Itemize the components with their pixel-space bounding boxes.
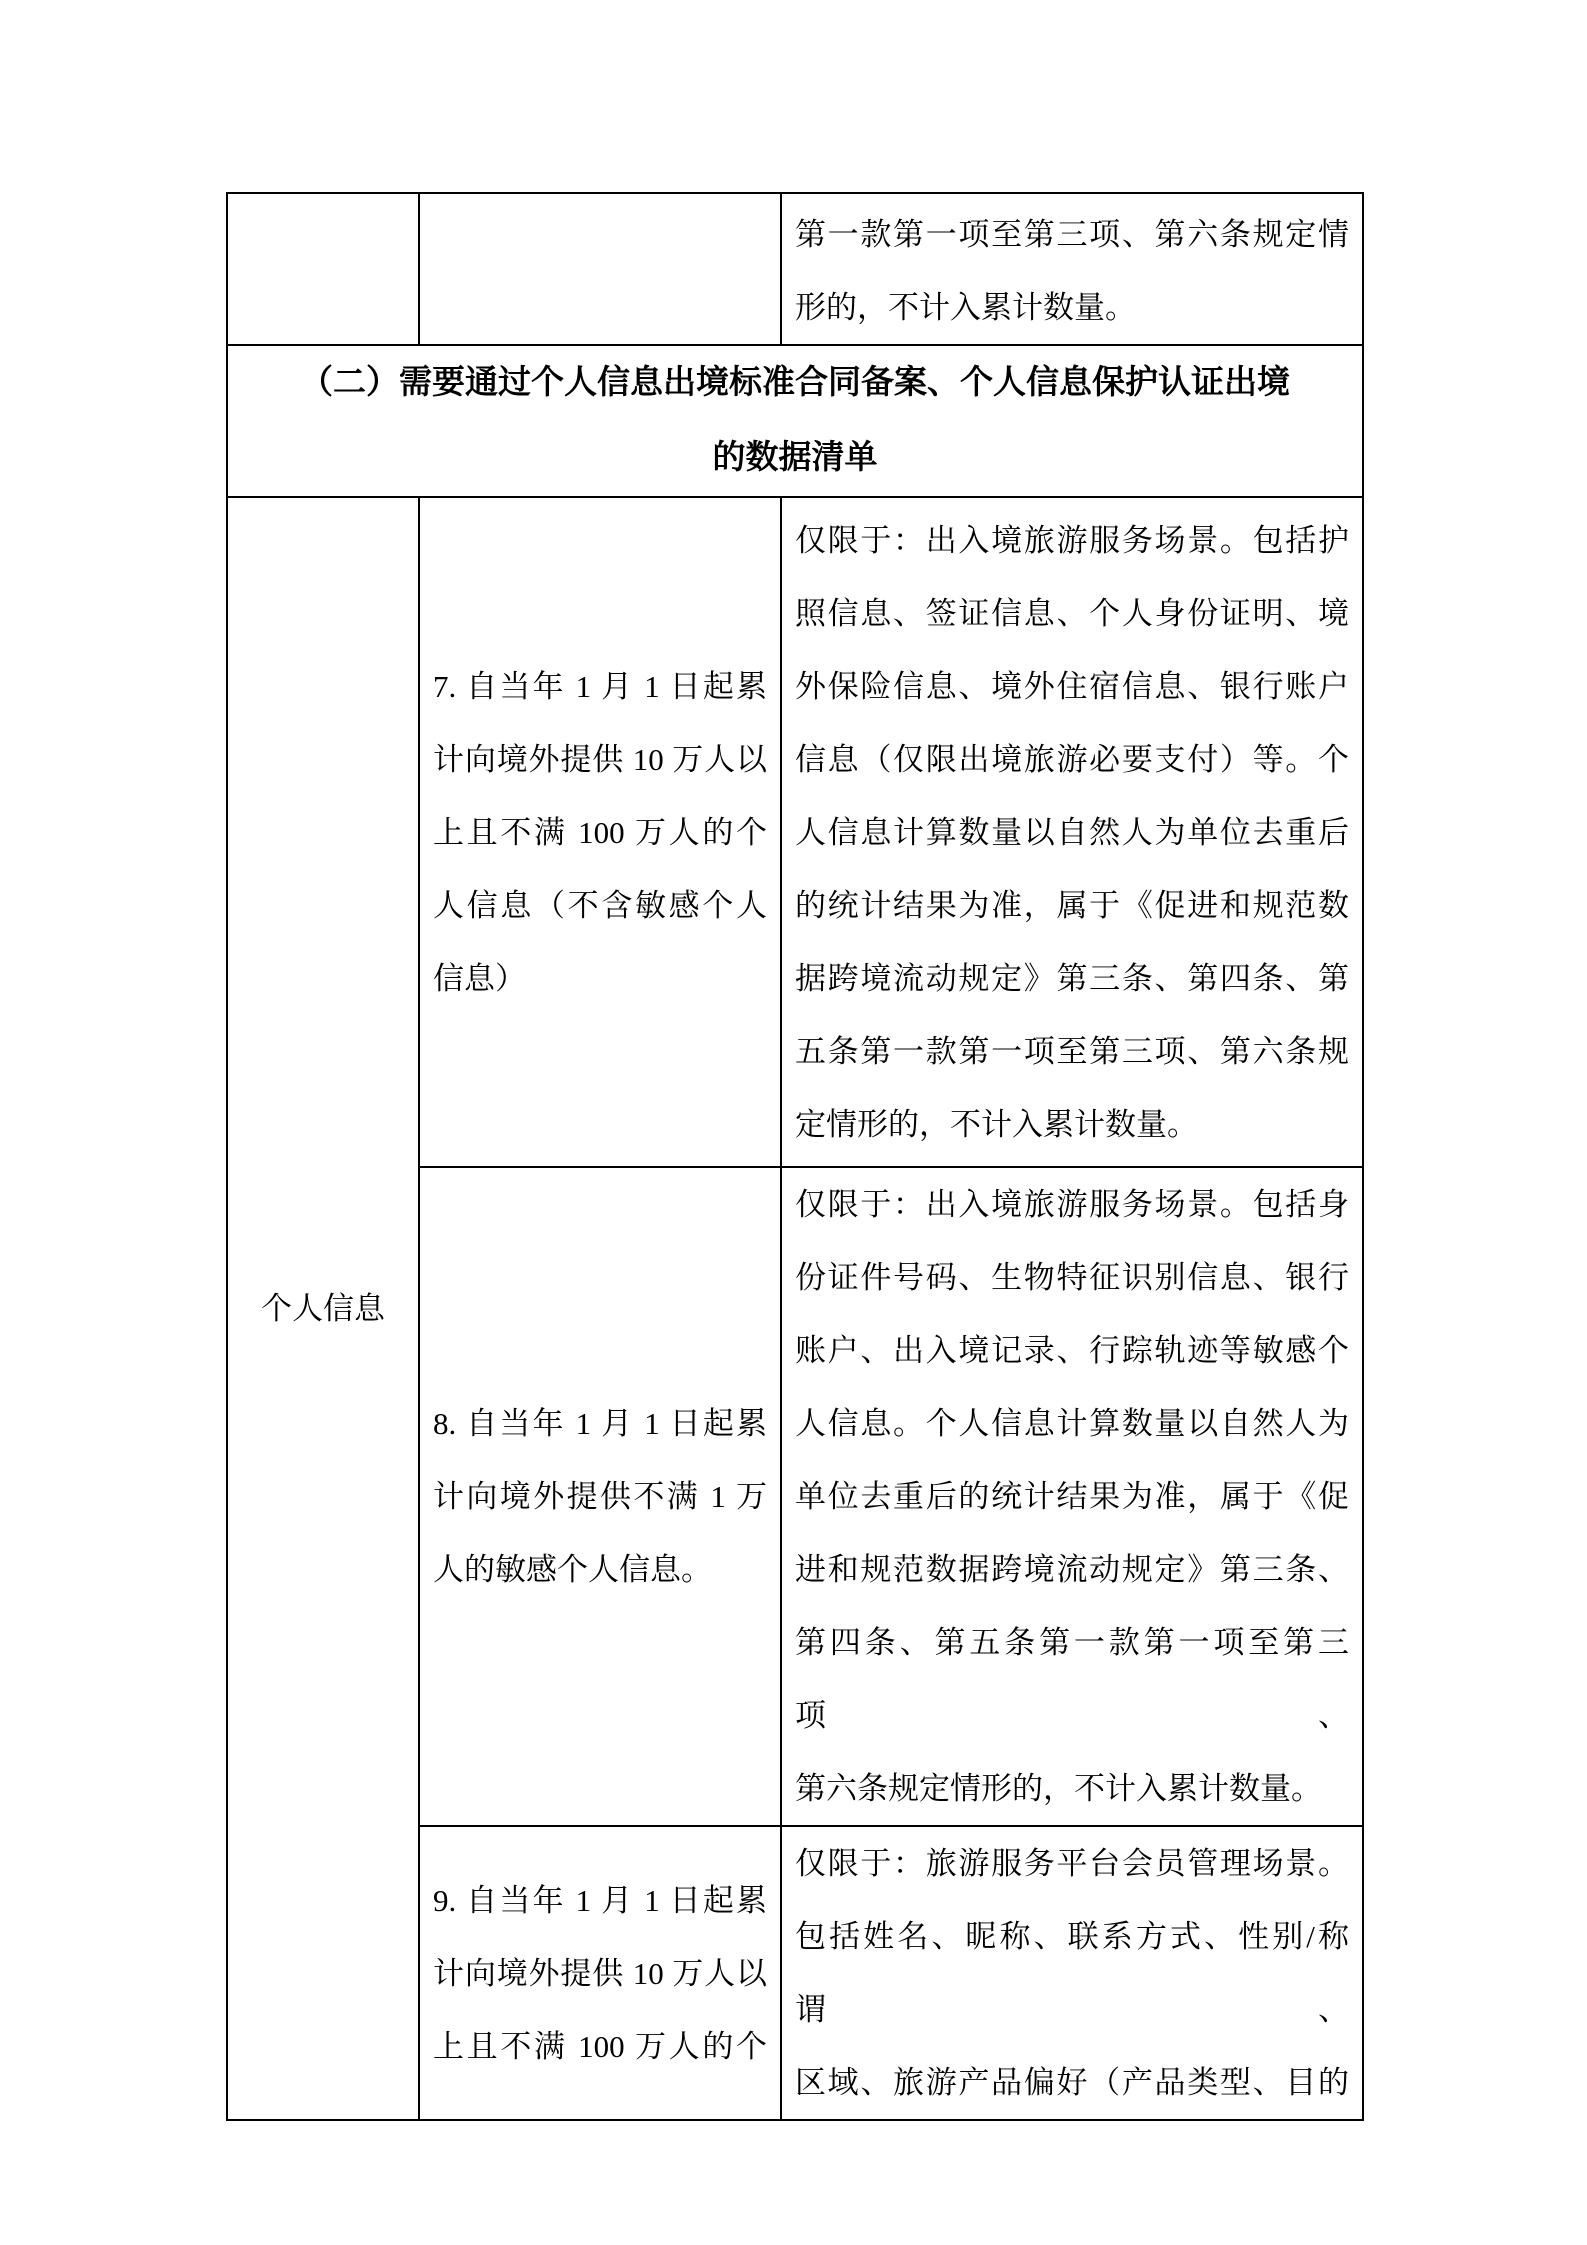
cell-text-line: 仅限于：旅游服务平台会员管理场景。 <box>795 1827 1349 1900</box>
cell-text-line: 的统计结果为准，属于《促进和规范数 <box>795 869 1349 942</box>
cell-text-line: 9. 自当年 1 月 1 日起累 <box>433 1864 767 1937</box>
data-export-table: 第一款第一项至第三项、第六条规定情 形的，不计入累计数量。 （二）需要通过个人信… <box>226 192 1364 2121</box>
item9-condition-cell: 9. 自当年 1 月 1 日起累 计向境外提供 10 万人以 上且不满 100 … <box>419 1826 781 2120</box>
cell-text-line: 上且不满 100 万人的个 <box>433 2010 767 2083</box>
cell-text-line: 进和规范数据跨境流动规定》第三条、 <box>795 1533 1349 1606</box>
cell-text-line: 人信息计算数量以自然人为单位去重后 <box>795 796 1349 869</box>
cell-text-line: 信息） <box>433 942 767 1015</box>
cell-text-line: 份证件号码、生物特征识别信息、银行 <box>795 1241 1349 1314</box>
document-page: 第一款第一项至第三项、第六条规定情 形的，不计入累计数量。 （二）需要通过个人信… <box>0 0 1587 2245</box>
item7-condition-cell: 7. 自当年 1 月 1 日起累 计向境外提供 10 万人以 上且不满 100 … <box>419 497 781 1167</box>
item8-scope-cell: 仅限于：出入境旅游服务场景。包括身 份证件号码、生物特征识别信息、银行 账户、出… <box>781 1167 1363 1826</box>
cell-text-line: 计向境外提供 10 万人以 <box>433 723 767 796</box>
cell-text-line: 照信息、签证信息、个人身份证明、境 <box>795 577 1349 650</box>
continuation-col1-empty-cell <box>227 193 419 345</box>
cell-text-line: 单位去重后的统计结果为准，属于《促 <box>795 1460 1349 1533</box>
continuation-col2-empty-cell <box>419 193 781 345</box>
section-header-line: 的数据清单 <box>234 421 1356 496</box>
cell-text-line: 人信息（不含敏感个人 <box>433 869 767 942</box>
cell-text-line: 8. 自当年 1 月 1 日起累 <box>433 1387 767 1460</box>
cell-text-line: 7. 自当年 1 月 1 日起累 <box>433 650 767 723</box>
cell-text-line: 五条第一款第一项至第三项、第六条规 <box>795 1015 1349 1088</box>
table-row: 第一款第一项至第三项、第六条规定情 形的，不计入累计数量。 <box>227 193 1363 345</box>
cell-text-line: 形的，不计入累计数量。 <box>795 271 1349 344</box>
section-header-cell: （二）需要通过个人信息出境标准合同备案、个人信息保护认证出境 的数据清单 <box>227 345 1363 497</box>
cell-text-line: 人信息。个人信息计算数量以自然人为 <box>795 1387 1349 1460</box>
cell-text-line: 第六条规定情形的，不计入累计数量。 <box>795 1752 1349 1825</box>
table-row: 个人信息 7. 自当年 1 月 1 日起累 计向境外提供 10 万人以 上且不满… <box>227 497 1363 1167</box>
cell-text-line: 仅限于：出入境旅游服务场景。包括身 <box>795 1168 1349 1241</box>
cell-text-line: 信息（仅限出境旅游必要支付）等。个 <box>795 723 1349 796</box>
cell-text-line: 据跨境流动规定》第三条、第四条、第 <box>795 942 1349 1015</box>
section-header-line: （二）需要通过个人信息出境标准合同备案、个人信息保护认证出境 <box>234 346 1356 421</box>
cell-text-line: 账户、出入境记录、行踪轨迹等敏感个 <box>795 1314 1349 1387</box>
cell-text-line: 包括姓名、昵称、联系方式、性别/称谓、 <box>795 1900 1349 2046</box>
category-label: 个人信息 <box>232 1272 414 1345</box>
item9-scope-cell: 仅限于：旅游服务平台会员管理场景。 包括姓名、昵称、联系方式、性别/称谓、 区域… <box>781 1826 1363 2120</box>
cell-text-line: 上且不满 100 万人的个 <box>433 796 767 869</box>
cell-text-line: 区域、旅游产品偏好（产品类型、目的 <box>795 2046 1349 2119</box>
cell-text-line: 第一款第一项至第三项、第六条规定情 <box>795 198 1349 271</box>
cell-text-line: 第四条、第五条第一款第一项至第三项、 <box>795 1606 1349 1752</box>
cell-text-line: 仅限于：出入境旅游服务场景。包括护 <box>795 504 1349 577</box>
cell-text-line: 定情形的，不计入累计数量。 <box>795 1088 1349 1161</box>
cell-text-line: 人的敏感个人信息。 <box>433 1533 767 1606</box>
cell-text-line: 计向境外提供 10 万人以 <box>433 1937 767 2010</box>
cell-text-line: 外保险信息、境外住宿信息、银行账户 <box>795 650 1349 723</box>
cell-text-line: 计向境外提供不满 1 万 <box>433 1460 767 1533</box>
table-row: （二）需要通过个人信息出境标准合同备案、个人信息保护认证出境 的数据清单 <box>227 345 1363 497</box>
continuation-col3-cell: 第一款第一项至第三项、第六条规定情 形的，不计入累计数量。 <box>781 193 1363 345</box>
item8-condition-cell: 8. 自当年 1 月 1 日起累 计向境外提供不满 1 万 人的敏感个人信息。 <box>419 1167 781 1826</box>
category-cell: 个人信息 <box>227 497 419 2120</box>
item7-scope-cell: 仅限于：出入境旅游服务场景。包括护 照信息、签证信息、个人身份证明、境 外保险信… <box>781 497 1363 1167</box>
